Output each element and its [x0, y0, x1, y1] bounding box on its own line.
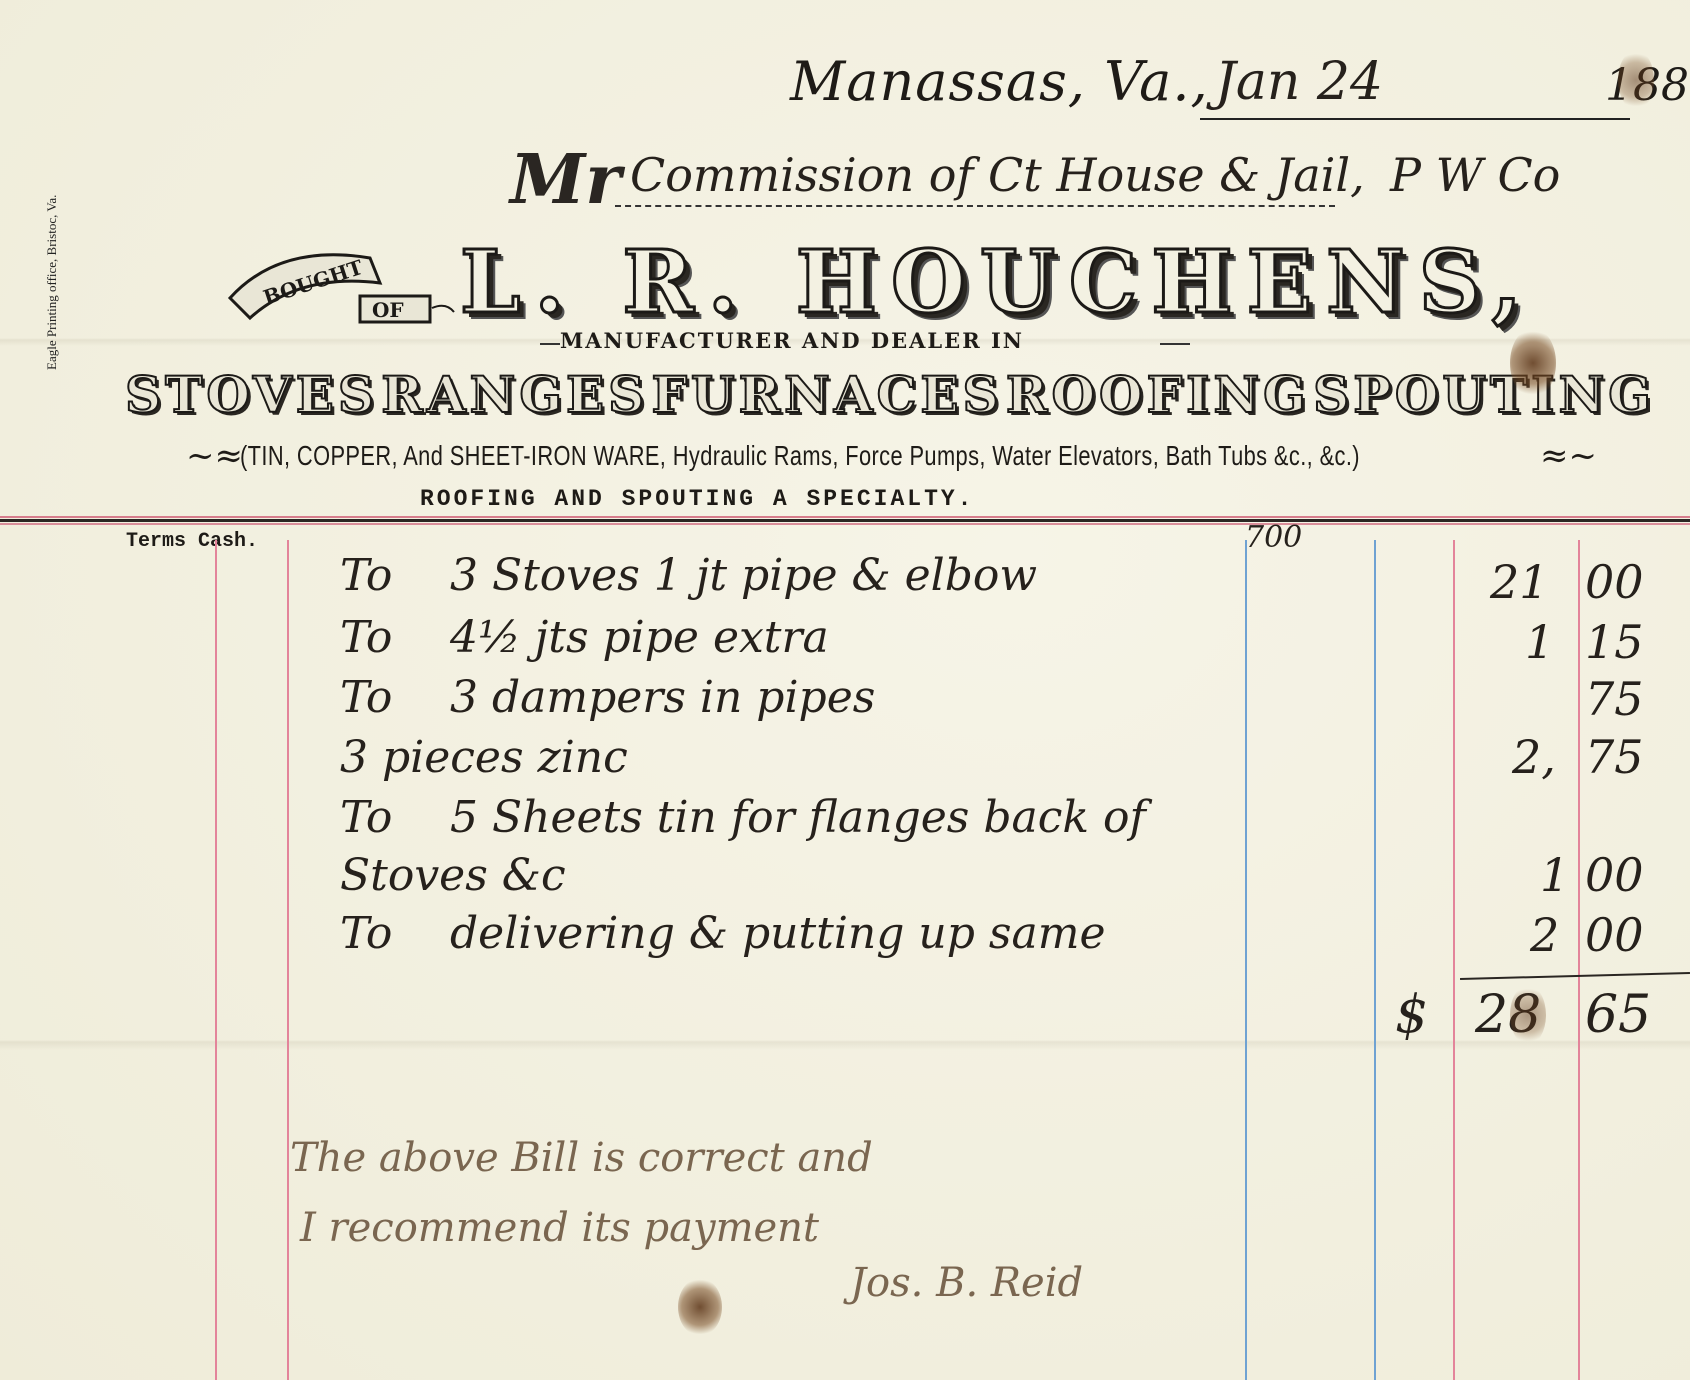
item-prefix: To — [340, 792, 450, 843]
header-rule-red — [0, 516, 1690, 518]
banner-item: STOVES — [125, 365, 378, 424]
tagline-rule-right — [1160, 343, 1190, 345]
wares-line: (TIN, COPPER, And SHEET-IRON WARE, Hydra… — [240, 440, 1360, 472]
total-cents: 65 — [1585, 985, 1651, 1045]
line-item: To3 dampers in pipes — [340, 672, 875, 723]
ink-stain — [678, 1278, 722, 1336]
item-cents: 00 — [1585, 908, 1644, 962]
line-item: Stoves &c — [340, 850, 566, 901]
header-rule-black — [0, 519, 1690, 522]
item-cents: 00 — [1585, 848, 1644, 902]
item-prefix: To — [340, 672, 450, 723]
line-item: To5 Sheets tin for flanges back of — [340, 792, 1146, 843]
item-cents: 75 — [1585, 730, 1644, 784]
item-description: Stoves &c — [340, 850, 566, 901]
svg-text:OF: OF — [372, 298, 404, 322]
date-handwritten: Jan 24 — [1215, 52, 1383, 112]
item-prefix: To — [340, 612, 450, 663]
ledger-line-red — [1453, 540, 1455, 1380]
item-description: delivering & putting up same — [450, 908, 1106, 959]
ledger-line-red — [1578, 540, 1580, 1380]
salutation: Mr — [510, 140, 621, 220]
total-rule — [1460, 972, 1690, 980]
header-rule-red-lower — [0, 523, 1690, 525]
item-description: 3 pieces zinc — [340, 732, 628, 783]
total-currency: $ — [1395, 985, 1428, 1045]
item-prefix: To — [340, 908, 450, 959]
banner-item: RANGES — [381, 365, 648, 424]
ledger-line-blue — [1245, 540, 1247, 1380]
item-description: 5 Sheets tin for flanges back of — [450, 792, 1146, 843]
line-item: To4½ jts pipe extra — [340, 612, 829, 663]
date-underline — [1200, 118, 1630, 120]
banner-item: SPOUTING — [1313, 365, 1655, 424]
item-description: 4½ jts pipe extra — [450, 612, 829, 663]
merchant-name: L. R. HOUCHENS, — [460, 232, 1536, 333]
product-banner: STOVES RANGES FURNACES ROOFING SPOUTING — [125, 365, 1655, 424]
customer-name: Commission of Ct House & Jail, — [630, 148, 1365, 202]
item-cents: 75 — [1585, 672, 1644, 726]
place-heading: Manassas, Va., — [790, 50, 1209, 113]
customer-county: P W Co — [1390, 148, 1560, 202]
item-dollars: 1 — [1525, 615, 1554, 669]
approval-line-1: The above Bill is correct and — [290, 1135, 873, 1181]
salutation-text: Mr — [510, 140, 621, 220]
merchant-tagline: MANUFACTURER AND DEALER IN — [560, 328, 1024, 353]
customer-underline — [615, 205, 1335, 207]
item-dollars: 2 — [1530, 908, 1559, 962]
ledger-line-blue — [1374, 540, 1376, 1380]
item-dollars: 1 — [1540, 848, 1569, 902]
flourish-right-icon: ≈~ — [1540, 436, 1597, 476]
flourish-left-icon: ~≈ — [186, 436, 243, 476]
ink-stain — [1510, 328, 1556, 398]
item-dollars: 21 — [1490, 555, 1549, 609]
approval-line-2: I recommend its payment — [300, 1205, 819, 1251]
printer-imprint: Eagle Printing office, Bristoc, Va. — [44, 195, 60, 370]
banner-item: FURNACES — [651, 365, 1002, 424]
item-cents: 15 — [1585, 615, 1644, 669]
ink-blot — [1510, 985, 1546, 1045]
bought-of-ornament-icon: BOUGHT OF — [220, 238, 460, 328]
ledger-line-red — [215, 540, 217, 1380]
item-dollars: 2, — [1512, 730, 1556, 784]
item-side-note: 700 — [1245, 520, 1302, 555]
signature: Jos. B. Reid — [850, 1260, 1083, 1306]
specialty-line: ROOFING AND SPOUTING A SPECIALTY. — [420, 486, 974, 512]
item-description: 3 Stoves 1 jt pipe & elbow — [450, 550, 1037, 601]
line-item: To3 Stoves 1 jt pipe & elbow — [340, 550, 1037, 601]
item-prefix: To — [340, 550, 450, 601]
item-description: 3 dampers in pipes — [450, 672, 875, 723]
ink-stain — [1618, 50, 1654, 110]
terms: Terms Cash. — [126, 530, 258, 553]
line-item: Todelivering & putting up same — [340, 908, 1106, 959]
tagline-rule-left — [540, 343, 560, 345]
ledger-line-red — [287, 540, 289, 1380]
item-cents: 00 — [1585, 555, 1644, 609]
banner-item: ROOFING — [1006, 365, 1310, 424]
line-item: 3 pieces zinc — [340, 732, 628, 783]
